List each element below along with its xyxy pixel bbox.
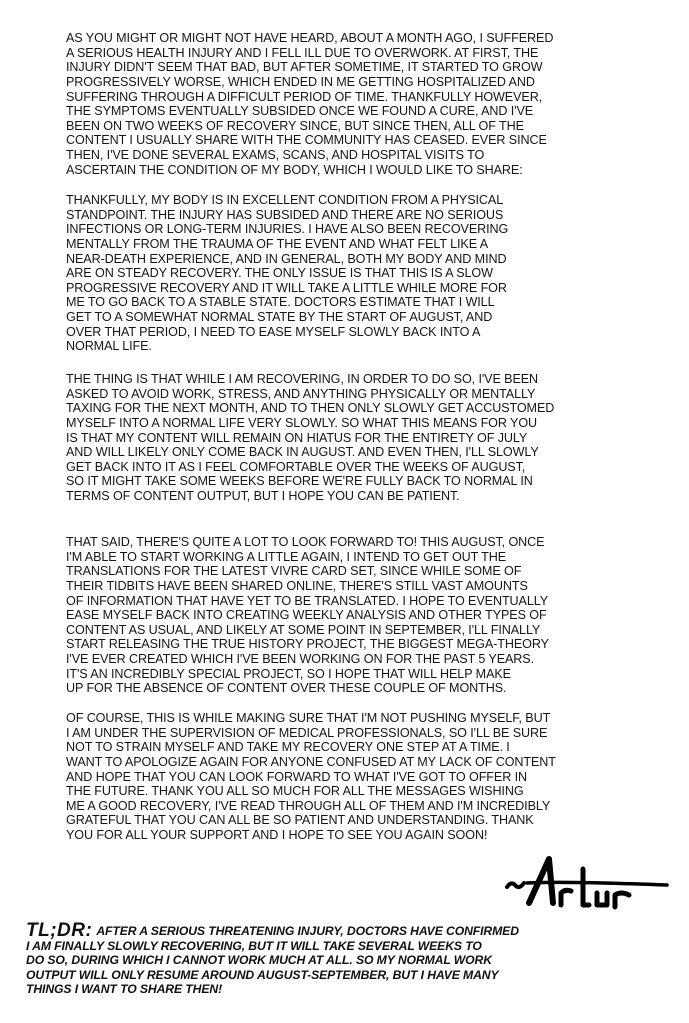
text-line: progressive recovery and it will take a … bbox=[66, 281, 508, 296]
text-line: want to apologize again for anyone confu… bbox=[66, 755, 556, 770]
text-line: been on two weeks of recovery since, but… bbox=[66, 119, 553, 134]
text-line: so it might take some weeks before we're… bbox=[66, 474, 554, 489]
text-line: injury didn't seem that bad, but after s… bbox=[66, 60, 553, 75]
text-line: things I want to share then! bbox=[26, 982, 519, 997]
text-line: of information that have yet to be trans… bbox=[66, 594, 549, 609]
text-line: get back into it as I feel comfortable o… bbox=[66, 460, 554, 475]
letter-page: As you might or might not have heard, ab… bbox=[0, 0, 689, 1023]
text-line: I am finally slowly recovering, but it w… bbox=[26, 939, 519, 954]
text-line: I am under the supervision of medical pr… bbox=[66, 726, 556, 741]
text-line: TL;DR:After a serious threatening injury… bbox=[26, 924, 519, 939]
text-line: As you might or might not have heard, ab… bbox=[66, 31, 553, 46]
text-line: grateful that you can all be so patient … bbox=[66, 813, 556, 828]
text-line: are on steady recovery. The only issue i… bbox=[66, 266, 508, 281]
tldr-label: TL;DR: bbox=[26, 920, 92, 941]
text-line: ease myself back into creating weekly an… bbox=[66, 608, 549, 623]
text-line: standpoint. The injury has subsided and … bbox=[66, 208, 508, 223]
text-line: is that my content will remain on hiatus… bbox=[66, 431, 554, 446]
text-line: start releasing the True History Project… bbox=[66, 637, 549, 652]
tldr-summary: TL;DR:After a serious threatening injury… bbox=[26, 924, 519, 997]
text-line: do so, during which I cannot work much a… bbox=[26, 953, 519, 968]
text-line: me a good recovery, I've read through al… bbox=[66, 799, 556, 814]
paragraph-hiatus: The thing is that while I am recovering,… bbox=[66, 372, 554, 504]
text-line: Thankfully, my body is in excellent cond… bbox=[66, 193, 508, 208]
paragraph-health-injury: As you might or might not have heard, ab… bbox=[66, 31, 553, 177]
tldr-text: After a serious threatening injury, doct… bbox=[96, 924, 519, 938]
text-line: I've ever created which I've been workin… bbox=[66, 652, 549, 667]
text-line: and will likely only come back in August… bbox=[66, 445, 554, 460]
text-line: and hope that you can look forward to wh… bbox=[66, 770, 556, 785]
text-line: their tidbits have been shared online, t… bbox=[66, 579, 549, 594]
text-line: you for all your support and I hope to s… bbox=[66, 828, 556, 843]
text-line: progressively worse, which ended in me g… bbox=[66, 75, 553, 90]
text-line: The thing is that while I am recovering,… bbox=[66, 372, 554, 387]
paragraph-body-condition: Thankfully, my body is in excellent cond… bbox=[66, 193, 508, 354]
text-line: not to strain myself and take my recover… bbox=[66, 740, 556, 755]
text-line: Of course, this is while making sure tha… bbox=[66, 711, 556, 726]
text-line: me to go back to a stable state. Doctors… bbox=[66, 295, 508, 310]
text-line: content as usual, and likely at some poi… bbox=[66, 623, 549, 638]
text-line: terms of content output, but I hope you … bbox=[66, 489, 554, 504]
text-line: then, I've done several exams, scans, an… bbox=[66, 148, 553, 163]
text-line: the symptoms eventually subsided once we… bbox=[66, 104, 553, 119]
text-line: near-death experience, and in general, b… bbox=[66, 252, 508, 267]
text-line: It's an incredibly special project, so I… bbox=[66, 667, 549, 682]
text-line: taxing for the next month, and to then o… bbox=[66, 401, 554, 416]
text-line: the future. Thank you all so much for al… bbox=[66, 784, 556, 799]
text-line: a serious health injury and I fell ill d… bbox=[66, 46, 553, 61]
text-line: infections or long-term injuries. I have… bbox=[66, 222, 508, 237]
paragraph-upcoming-content: That said, there's quite a lot to look f… bbox=[66, 535, 549, 696]
signature-artur-icon bbox=[503, 853, 673, 917]
text-line: myself into a normal life very slowly. S… bbox=[66, 416, 554, 431]
text-line: I'm able to start working a little again… bbox=[66, 550, 549, 565]
text-line: That said, there's quite a lot to look f… bbox=[66, 535, 549, 550]
text-line: mentally from the trauma of the event an… bbox=[66, 237, 508, 252]
text-line: over that period, I need to ease myself … bbox=[66, 325, 508, 340]
text-line: output will only resume around August-Se… bbox=[26, 968, 519, 983]
text-line: ascertain the condition of my body, whic… bbox=[66, 163, 553, 178]
text-line: normal life. bbox=[66, 339, 508, 354]
paragraph-closing: Of course, this is while making sure tha… bbox=[66, 711, 556, 843]
text-line: content I usually share with the communi… bbox=[66, 133, 553, 148]
text-line: suffering through a difficult period of … bbox=[66, 90, 553, 105]
text-line: get to a somewhat normal state by the st… bbox=[66, 310, 508, 325]
text-line: asked to avoid work, stress, and anythin… bbox=[66, 387, 554, 402]
text-line: up for the absence of content over these… bbox=[66, 681, 549, 696]
text-line: translations for the latest Vivre Card s… bbox=[66, 564, 549, 579]
